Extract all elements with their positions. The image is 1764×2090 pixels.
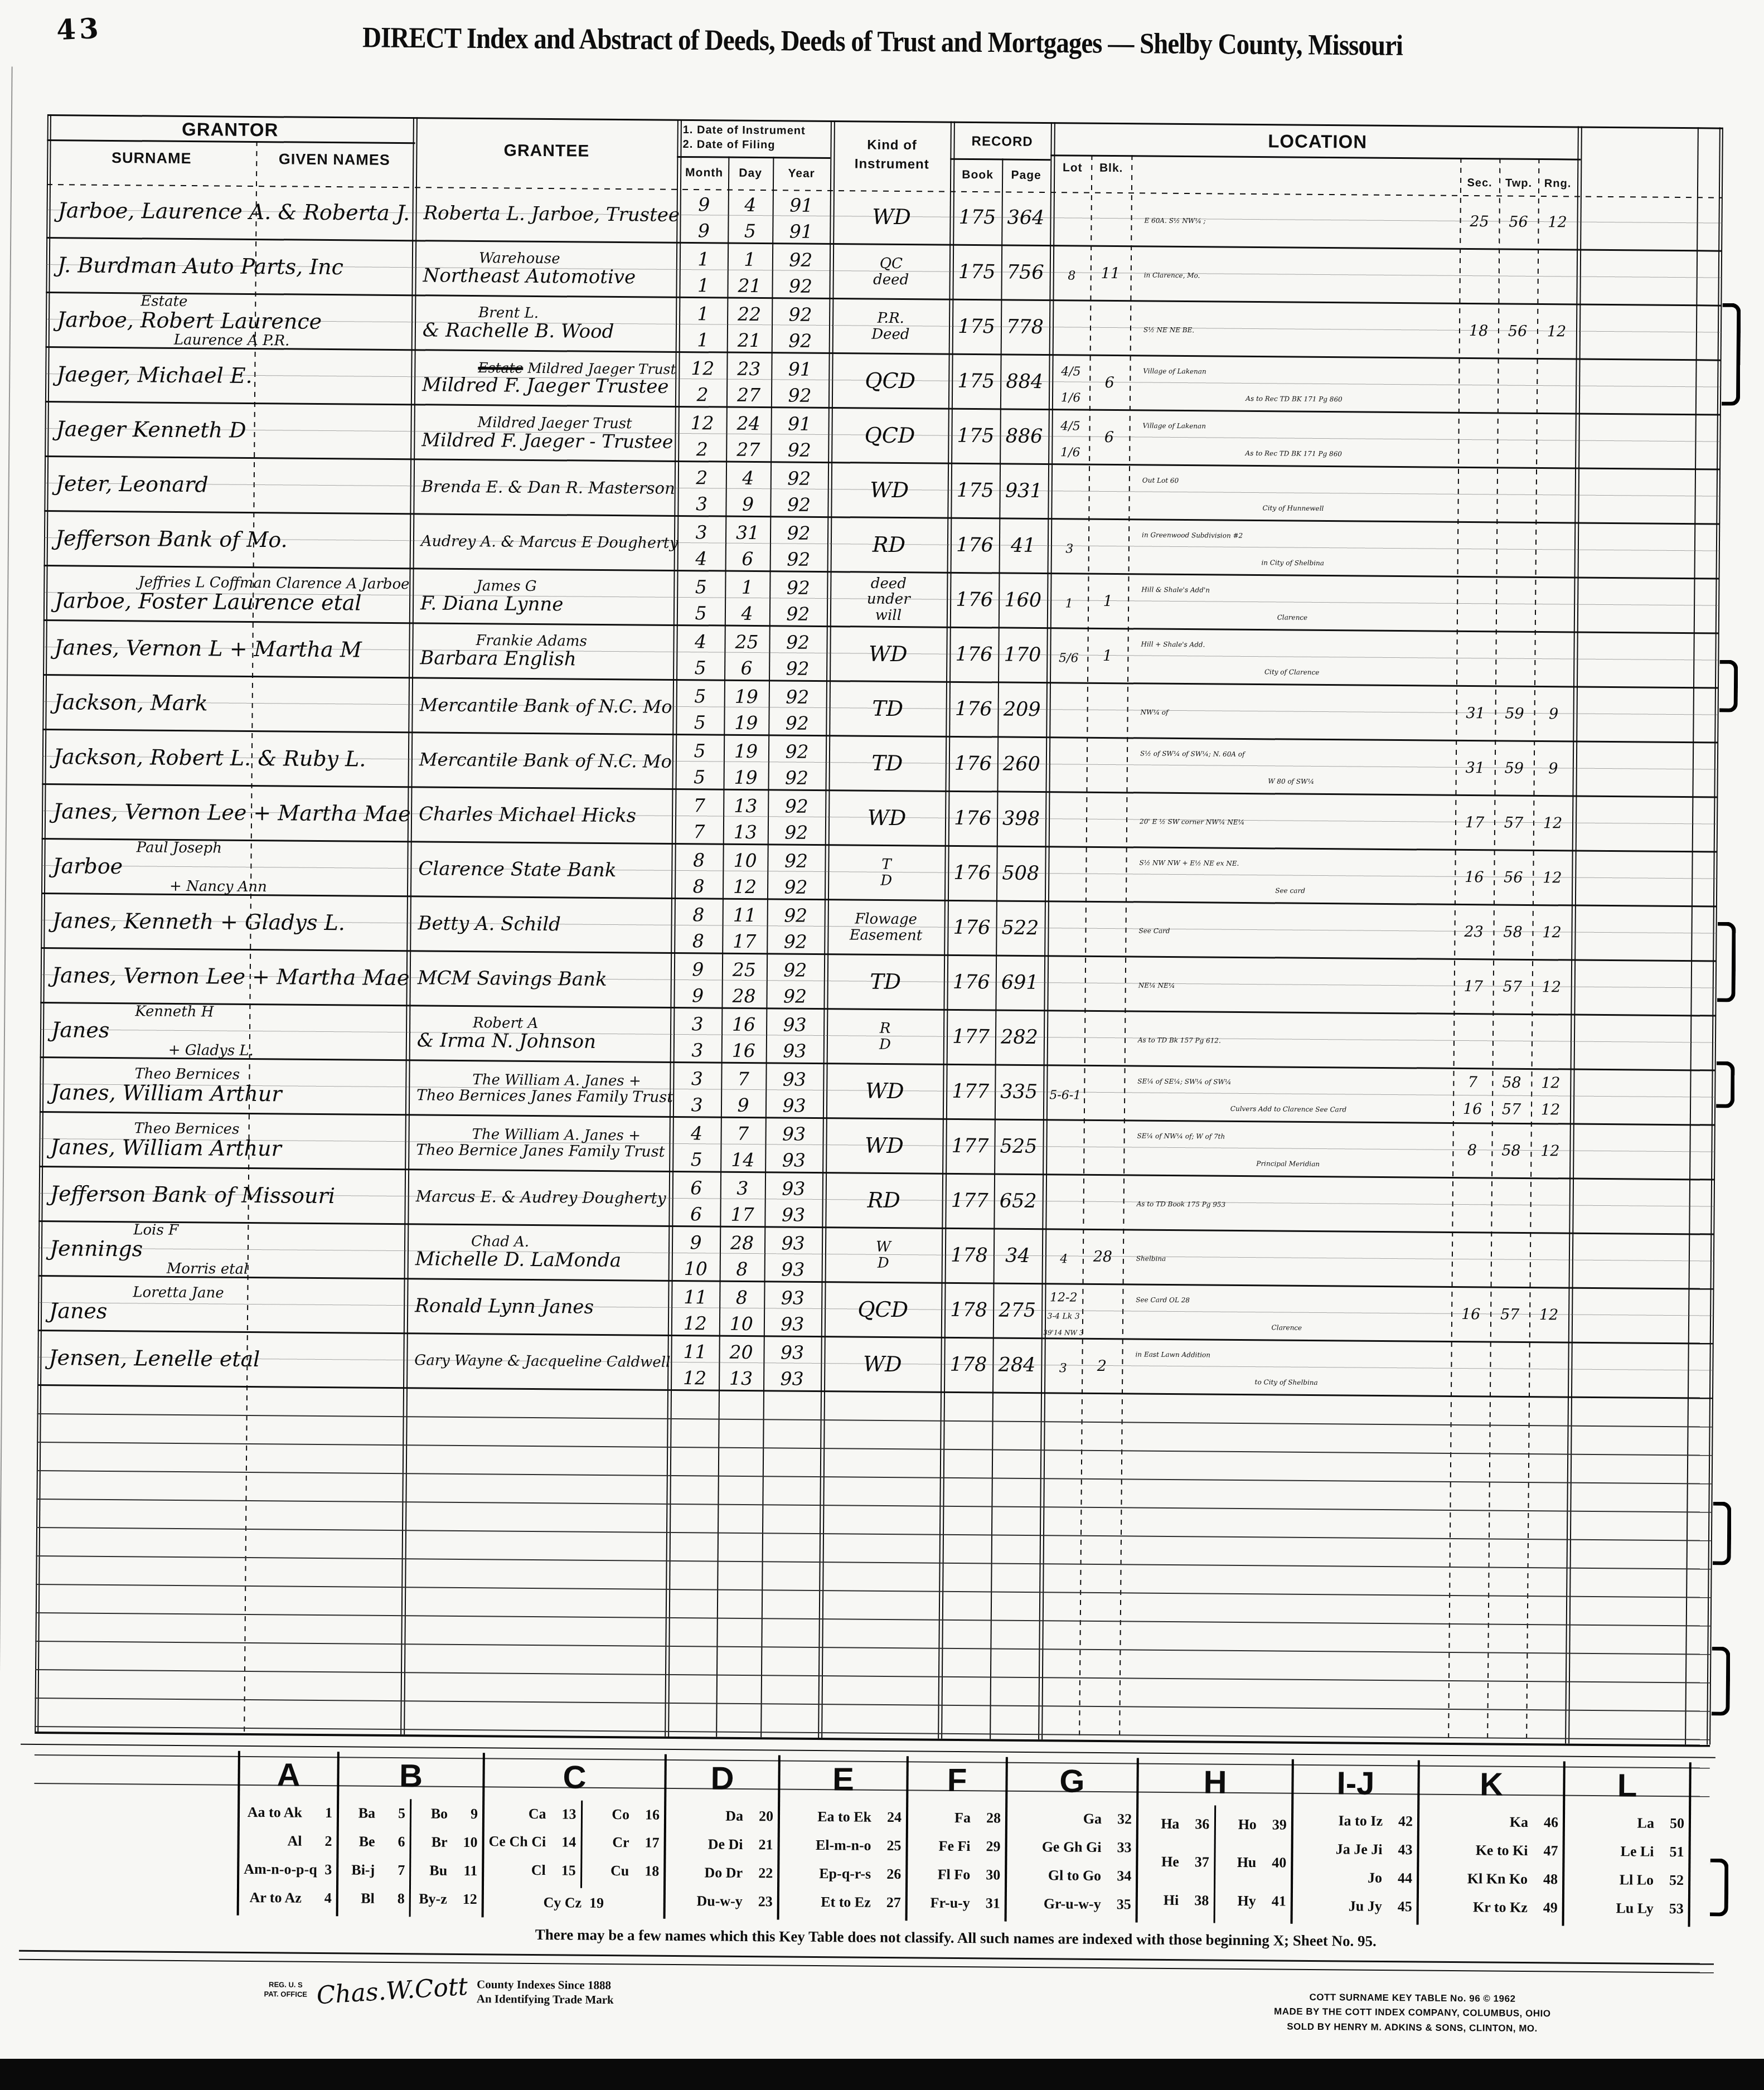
- rng-cell: 9: [1533, 742, 1573, 796]
- date-cell: 1229212192: [679, 298, 830, 357]
- date-cell: 425925692: [676, 626, 827, 685]
- page-cell: 160: [999, 574, 1048, 627]
- page-cell: 508: [996, 847, 1045, 900]
- date-part: 8: [720, 1259, 764, 1279]
- date-part: 92: [772, 277, 829, 297]
- kind-text: QCD: [857, 1298, 908, 1322]
- kind-cell: QCdeed: [832, 245, 949, 299]
- book-cell: 176: [949, 628, 999, 682]
- kind-text: T: [881, 857, 891, 872]
- sec-cell: [1456, 632, 1496, 686]
- date-line: 33192: [677, 522, 827, 544]
- reg-line-2: PAT. OFFICE: [264, 1990, 307, 1999]
- twp-cell: 58: [1493, 905, 1533, 959]
- date-cell: 7139271392: [675, 790, 826, 848]
- date-line: 71392: [675, 822, 825, 843]
- key-entry-number: 33: [1107, 1839, 1131, 1856]
- date-line: 22792: [678, 439, 828, 460]
- date-cell: 12239122792: [679, 353, 829, 411]
- lot-value: 5/6: [1059, 652, 1079, 665]
- key-letter: C: [484, 1753, 665, 1801]
- book-value: 175: [958, 316, 995, 337]
- grantor-cell: Jefferson Bank of Mo.: [47, 512, 416, 568]
- rng-cell: [1536, 414, 1576, 468]
- blk-cell: [1082, 1285, 1123, 1339]
- key-entry-range: Bu: [429, 1863, 447, 1879]
- sec-cell: [1451, 1342, 1490, 1396]
- date-cell: 9259292892: [673, 954, 824, 1012]
- date-line: 1192: [680, 249, 830, 270]
- kind-cell: RD: [831, 518, 948, 572]
- grantor-name: Jarboe, Robert Laurence: [57, 308, 322, 333]
- twp-cell: [1490, 1342, 1529, 1396]
- blk-cell: 1: [1088, 575, 1128, 628]
- key-entry: Ar to Az4: [244, 1889, 332, 1907]
- location-line: S½ NW NW + E½ NE ex NE.: [1139, 860, 1455, 869]
- grantee-cell: Mildred Jaeger TrustMildred F. Jaeger - …: [416, 405, 679, 460]
- grantee-cell: MCM Savings Bank: [411, 952, 674, 1007]
- kind-cell: WD: [826, 1119, 943, 1173]
- kind-text: Easement: [850, 927, 923, 943]
- key-table-note: There may be a few names which this Key …: [298, 1924, 1613, 1952]
- location-line: Clarence: [1122, 1323, 1451, 1333]
- book-cell: 176: [951, 519, 1000, 573]
- date-part: 16: [721, 1015, 766, 1035]
- location-cell: in Clarence, Mo.: [1130, 247, 1460, 306]
- lot-value: 12-2: [1050, 1291, 1078, 1305]
- date-cell: 8119281792: [674, 899, 825, 958]
- key-column-body: Ka46Ke to Ki47Kl Kn Ko48Kr to Kz49: [1419, 1807, 1563, 1926]
- location-line: Principal Meridian: [1123, 1159, 1452, 1169]
- date-part: 92: [768, 823, 825, 843]
- date-part: 8: [674, 931, 722, 951]
- date-cell: 12249122792: [678, 408, 828, 466]
- date-part: 8: [675, 905, 723, 925]
- rng-cell: [1535, 578, 1574, 632]
- kind-text: QC: [880, 256, 903, 271]
- book-cell: 175: [951, 410, 1000, 463]
- grantor-cell: Jensen, Lenelle etal: [41, 1331, 409, 1387]
- lot-value: 3-4 Lk 3: [1047, 1313, 1079, 1322]
- grantor-name: Janes, Kenneth + Gladys L.: [52, 909, 345, 934]
- date-part: 6: [725, 549, 770, 569]
- key-entry-range: Bl: [361, 1890, 375, 1907]
- key-column-k: KKa46Ke to Ki47Kl Kn Ko48Kr to Kz49: [1417, 1760, 1563, 1926]
- key-entry-number: 23: [748, 1893, 773, 1910]
- key-entry-number: 15: [551, 1862, 576, 1879]
- date-part: 27: [726, 440, 770, 460]
- location-line: in City of Shelbina: [1128, 558, 1457, 568]
- value: 16: [1465, 869, 1484, 885]
- lot-cell: [1053, 192, 1091, 251]
- blk-value: 2: [1097, 1358, 1107, 1374]
- location-line: As to Rec TD BK 171 Pg 860: [1130, 394, 1458, 404]
- key-entry-number: 2: [308, 1833, 332, 1850]
- book-cell: 178: [945, 1229, 994, 1283]
- date-line: 9591: [680, 221, 830, 242]
- date-cell: 112093121393: [671, 1336, 821, 1395]
- grid-hline: [1050, 154, 1581, 160]
- key-entry-number: 51: [1659, 1844, 1684, 1860]
- key-entry-range: Ju Jy: [1349, 1898, 1382, 1915]
- book-value: 175: [958, 261, 996, 283]
- date-line: 10893: [672, 1259, 822, 1280]
- twp-cell: [1496, 578, 1535, 631]
- year-header: Year: [773, 167, 830, 181]
- blk-cell: 6: [1089, 356, 1130, 410]
- key-letter: G: [1007, 1757, 1137, 1805]
- key-entry-number: 7: [380, 1862, 405, 1879]
- grantor-header: GRANTOR: [47, 118, 413, 142]
- lot-cell: 12-23-4 Lk 339'14 NW 3: [1045, 1284, 1083, 1344]
- key-entry: Le Li51: [1569, 1842, 1684, 1860]
- date-part: 92: [769, 687, 826, 707]
- location-cell: in Greenwood Subdivision #2in City of Sh…: [1128, 520, 1458, 579]
- page-value: 41: [1011, 535, 1036, 556]
- kind-cell: deedunderwill: [830, 573, 947, 627]
- key-entry-number: 1: [308, 1804, 332, 1821]
- grantee-cell: Robert A& Irma N. Johnson: [411, 1006, 674, 1061]
- grantee-name: Gary Wayne & Jacqueline Caldwell: [414, 1353, 670, 1371]
- page-cell: 335: [995, 1065, 1044, 1119]
- grantor-name: Jaeger, Michael E.: [56, 363, 253, 387]
- grantee-name: Betty A. Schild: [418, 913, 561, 935]
- date-part: 5: [728, 221, 772, 241]
- key-entry: Gr-u-w-y35: [1011, 1895, 1131, 1913]
- date-part: 16: [721, 1041, 766, 1061]
- blk-cell: 11: [1090, 247, 1131, 300]
- surname-header: SURNAME: [47, 149, 256, 168]
- key-column-b: BBa5Be6Bi-j7Bl8Bo9Br10Bu11By-z12: [336, 1752, 483, 1917]
- date-part: 12: [679, 358, 726, 379]
- book-cell: 175: [952, 355, 1001, 409]
- page-title: DIRECT Index and Abstract of Deeds, Deed…: [1, 18, 1764, 65]
- value: 9: [1548, 760, 1558, 777]
- location-line: See card: [1126, 886, 1455, 896]
- value: 18: [1469, 323, 1489, 339]
- date-part: 92: [769, 604, 827, 624]
- date-line: 61793: [672, 1204, 822, 1225]
- date-part: 8: [675, 850, 723, 870]
- ledger-rows: Jarboe, Laurence A. & Roberta J.Roberta …: [34, 184, 1722, 1797]
- location-cell: SE¼ of SE¼; SW¼ of SW¼Culvers Add to Cla…: [1124, 1066, 1453, 1126]
- kind-cell: WD: [833, 190, 950, 244]
- date-part: 9: [725, 494, 770, 515]
- key-entry-number: 25: [876, 1837, 901, 1854]
- book-value: 176: [954, 753, 992, 774]
- date-part: 20: [719, 1342, 763, 1362]
- key-entry-number: 4: [307, 1890, 332, 1907]
- grantee-name: Mercantile Bank of N.C. Mo: [419, 750, 672, 772]
- grantor-name: Janes: [49, 1299, 108, 1323]
- page-cell: 778: [1001, 300, 1050, 354]
- date-part: 8: [675, 876, 723, 896]
- book-cell: 175: [951, 464, 1000, 518]
- key-entries-right: Bo9Br10Bu11By-z12: [409, 1799, 483, 1917]
- date-part: 93: [766, 1041, 823, 1061]
- sec-cell: 18: [1459, 304, 1499, 358]
- key-entry-range: Bo: [431, 1805, 448, 1822]
- grantee-header: GRANTEE: [416, 140, 677, 162]
- location-line: S½ NE NE BE.: [1143, 327, 1459, 336]
- grantor-cell: J. Burdman Auto Parts, Inc: [49, 239, 418, 294]
- divider-rule: [19, 1950, 1714, 1965]
- grantee-upper-line: The William A. Janes +: [472, 1072, 641, 1089]
- date-line: 42592: [676, 632, 826, 653]
- lot-value: 3: [1065, 542, 1073, 556]
- date-part: 23: [726, 359, 771, 379]
- date-part: 92: [772, 304, 829, 324]
- date-part: 1: [679, 330, 727, 350]
- lot-value: 4/5: [1060, 420, 1080, 433]
- month-header: Month: [680, 166, 728, 180]
- twp-cell: [1496, 523, 1536, 576]
- grantor-name: Jefferson Bank of Mo.: [55, 527, 288, 551]
- date-part: 92: [767, 851, 825, 871]
- date-part: 92: [770, 495, 827, 515]
- key-column-f: FFa28Fe Fi29Fl Fo30Fr-u-y31: [905, 1756, 1006, 1921]
- key-entry-number: 39: [1262, 1816, 1287, 1833]
- grantee-cell: Gary Wayne & Jacqueline Caldwell: [409, 1334, 671, 1389]
- value: 17: [1463, 978, 1483, 995]
- twp-cell: 59: [1495, 687, 1534, 740]
- kind-text: deed: [873, 271, 909, 288]
- rng-cell: 12: [1537, 305, 1577, 358]
- key-letter: D: [666, 1754, 778, 1802]
- grantee-name: Marcus E. & Audrey Dougherty: [416, 1189, 666, 1208]
- key-entry-number: 47: [1533, 1842, 1558, 1859]
- date-part: 92: [772, 331, 829, 351]
- date-line: 3793: [673, 1069, 823, 1090]
- twp-header: Twp.: [1499, 177, 1538, 190]
- value: 16: [1463, 1101, 1482, 1117]
- key-entry-number: 26: [876, 1866, 901, 1883]
- location-line: NW¼ of: [1141, 709, 1456, 718]
- key-entry-number: 53: [1659, 1900, 1684, 1917]
- book-value: 178: [950, 1299, 987, 1321]
- date-part: 3: [673, 1095, 721, 1115]
- twp-cell: [1498, 250, 1538, 303]
- lot-cell: 3: [1050, 520, 1088, 579]
- key-entry: Ha36: [1143, 1816, 1210, 1833]
- date-line: 2492: [678, 468, 828, 489]
- lot-cell: [1046, 1121, 1084, 1180]
- key-entry-number: 14: [551, 1834, 576, 1851]
- sec-cell: 31: [1456, 687, 1495, 740]
- location-header: LOCATION: [1054, 129, 1581, 154]
- rng-cell: 1212: [1531, 1070, 1571, 1123]
- date-line: 22792: [679, 385, 828, 406]
- date-part: 21: [727, 331, 772, 351]
- key-entry-range: Hy: [1238, 1893, 1256, 1909]
- grantee-name: F. Diana Lynne: [420, 593, 564, 615]
- key-entry: Fl Fo30: [912, 1866, 1000, 1883]
- date-part: 93: [764, 1260, 822, 1280]
- location-line: See Card OL 28: [1136, 1297, 1451, 1306]
- kind-cell: QCD: [831, 409, 948, 463]
- date-cell: 11893121093: [671, 1282, 822, 1340]
- grantee-upper-line: Chad A.: [471, 1234, 529, 1250]
- date-part: 92: [769, 578, 827, 598]
- key-entry-number: 5: [381, 1805, 405, 1821]
- location-line: See Card: [1138, 927, 1454, 937]
- value: 12: [1542, 924, 1562, 940]
- date-part: 93: [764, 1288, 821, 1308]
- date-of-instrument-header: 1. Date of Instrument: [683, 124, 831, 138]
- lot-value: 4/5: [1061, 365, 1081, 379]
- kind-text: WD: [865, 1080, 904, 1103]
- key-entry-range: Aa to Ak: [248, 1804, 302, 1821]
- key-entry: He37: [1142, 1854, 1209, 1871]
- date-part: 1: [679, 304, 727, 324]
- lot-cell: 5-6-1: [1046, 1066, 1084, 1125]
- kind-text: TD: [872, 697, 903, 720]
- page-cell: 209: [997, 683, 1046, 736]
- location-cell: S½ of SW¼ of SW¼; N. 60A ofW 80 of SW¼: [1126, 739, 1456, 798]
- date-part: 11: [671, 1287, 719, 1307]
- book-value: 175: [957, 371, 995, 392]
- surname-key-table: AAa to Ak1Al2Am-n-o-p-q3Ar to Az4BBa5Be6…: [237, 1751, 1696, 1927]
- grantor-cell: Janes, Vernon Lee + Martha Mae: [43, 949, 412, 1005]
- grid-hline: [677, 156, 830, 159]
- blk-cell: 1: [1087, 629, 1128, 683]
- key-entry: Aa to Ak1: [244, 1804, 332, 1821]
- page-value: 756: [1007, 262, 1044, 283]
- key-entry-range: Fr-u-y: [930, 1895, 970, 1912]
- lot-header: Lot: [1054, 161, 1091, 175]
- date-part: 6: [672, 1204, 720, 1224]
- twp-cell: [1497, 414, 1537, 467]
- key-entry: Ke to Ki47: [1423, 1841, 1558, 1859]
- sec-cell: [1458, 359, 1498, 413]
- date-part: 2: [678, 468, 726, 488]
- location-line: Shelbina: [1136, 1255, 1452, 1264]
- key-subcolumns: Ba5Be6Bi-j7Bl8Bo9Br10Bu11By-z12: [338, 1798, 483, 1917]
- blk-value: 6: [1105, 375, 1114, 391]
- grantor-cell: Lois FJenningsMorris etal: [42, 1222, 410, 1278]
- value: 12: [1548, 214, 1567, 230]
- date-line: 112093: [671, 1342, 821, 1363]
- key-entry-range: Lu Ly: [1616, 1900, 1653, 1918]
- key-entry: Kl Kn Ko48: [1423, 1870, 1558, 1888]
- date-line: 81792: [674, 931, 824, 952]
- key-entry-range: Ep-q-r-s: [819, 1865, 871, 1883]
- location-line: to City of Shelbina: [1122, 1378, 1451, 1388]
- kind-text: WD: [870, 479, 909, 502]
- date-part: 9: [721, 1095, 765, 1116]
- grantee-name: Roberta L. Jarboe, Trustee: [423, 203, 680, 225]
- page-value: 884: [1006, 371, 1043, 392]
- key-entry: Bi-j7: [343, 1861, 405, 1879]
- date-part: 10: [672, 1259, 720, 1279]
- grantee-name: Mercantile Bank of N.C. Mo: [420, 696, 672, 717]
- date-line: 92592: [674, 959, 824, 981]
- blk-value: 1: [1103, 648, 1112, 664]
- date-part: 92: [767, 960, 824, 980]
- sec-header: Sec.: [1460, 177, 1499, 190]
- day-header: Day: [728, 167, 773, 181]
- grantee-cell: Marcus E. & Audrey Dougherty: [410, 1170, 672, 1225]
- date-part: 92: [772, 250, 830, 270]
- book-cell: 175: [952, 300, 1001, 354]
- date-part: 9: [673, 986, 721, 1006]
- kind-text: TD: [870, 971, 901, 993]
- key-entries: Ga32Ge Gh Gi33Gl to Go34Gr-u-w-y35: [1007, 1804, 1137, 1923]
- kind-text: QCD: [864, 424, 915, 448]
- key-entry: Du-w-y23: [670, 1893, 773, 1910]
- grantor-lower-line: Morris etal: [167, 1261, 249, 1277]
- rng-cell: [1537, 250, 1577, 304]
- date-line: 5492: [677, 603, 827, 624]
- blk-cell: [1088, 520, 1129, 574]
- page-cell: 398: [997, 792, 1046, 846]
- lot-cell: [1049, 683, 1087, 743]
- location-line: in Clarence, Mo.: [1144, 272, 1460, 282]
- date-part: 9: [680, 221, 728, 241]
- lot-value: 5-6-1: [1049, 1089, 1081, 1102]
- book-cell: 176: [950, 574, 999, 627]
- date-part: 5: [672, 1150, 720, 1170]
- grantee-cell: WarehouseNortheast Automotive: [417, 241, 680, 297]
- date-part: 19: [724, 768, 768, 788]
- book-cell: 176: [948, 738, 997, 791]
- kind-text: R: [880, 1021, 891, 1036]
- grantee-cell: Roberta L. Jarboe, Trustee: [418, 187, 680, 242]
- key-letter: A: [240, 1751, 337, 1798]
- key-entry-range: Le Li: [1621, 1843, 1654, 1860]
- lot-cell: [1047, 957, 1085, 1016]
- twp-cell: 58: [1491, 1124, 1531, 1177]
- ink-mark: [1713, 1502, 1732, 1565]
- grantee-cell: The William A. Janes +Theo Bernice Janes…: [410, 1116, 673, 1171]
- lot-cell: [1045, 1175, 1083, 1234]
- date-part: 93: [764, 1315, 821, 1335]
- key-entry-range: Ge Gh Gi: [1042, 1839, 1102, 1856]
- book-value: 175: [959, 207, 996, 228]
- key-entry-number: 27: [876, 1894, 901, 1911]
- page-cell: 275: [993, 1284, 1042, 1337]
- page-cell: 284: [992, 1339, 1041, 1392]
- key-entry-number: 36: [1185, 1816, 1209, 1832]
- key-entry-range: Fl Fo: [938, 1866, 971, 1883]
- location-line: in Greenwood Subdivision #2: [1142, 532, 1457, 541]
- value: 16: [1461, 1306, 1481, 1322]
- page-value: 209: [1004, 699, 1041, 720]
- location-line: Hill & Shale's Add'n: [1141, 586, 1457, 596]
- key-table-credit: COTT SURNAME KEY TABLE No. 96 © 1962 MAD…: [1145, 1989, 1680, 2038]
- key-column-body: Ba5Be6Bi-j7Bl8Bo9Br10Bu11By-z12: [338, 1798, 483, 1917]
- location-cell: S½ NE NE BE.: [1130, 302, 1460, 361]
- key-entry: Be6: [343, 1833, 405, 1850]
- key-entry: By-z12: [415, 1891, 477, 1908]
- lot-value: 1/6: [1061, 392, 1081, 405]
- key-entry: Hi38: [1142, 1892, 1209, 1909]
- book-value: 178: [949, 1354, 987, 1375]
- grantor-name: Jarboe: [52, 855, 123, 878]
- date-part: 24: [726, 414, 771, 434]
- date-part: 2: [678, 439, 726, 459]
- page-value: 34: [1005, 1245, 1030, 1267]
- grantee-cell: The William A. Janes +Theo Bernices Jane…: [411, 1061, 673, 1116]
- key-entry: Kr to Kz49: [1423, 1899, 1558, 1917]
- key-entry: De Di21: [671, 1836, 773, 1853]
- date-part: 28: [720, 1233, 764, 1253]
- grantor-upper-line: Kenneth H: [135, 1003, 214, 1020]
- date-part: 31: [725, 523, 770, 543]
- date-part: 5: [676, 686, 724, 706]
- twp-cell: [1498, 359, 1537, 413]
- page-cell: 170: [998, 628, 1047, 682]
